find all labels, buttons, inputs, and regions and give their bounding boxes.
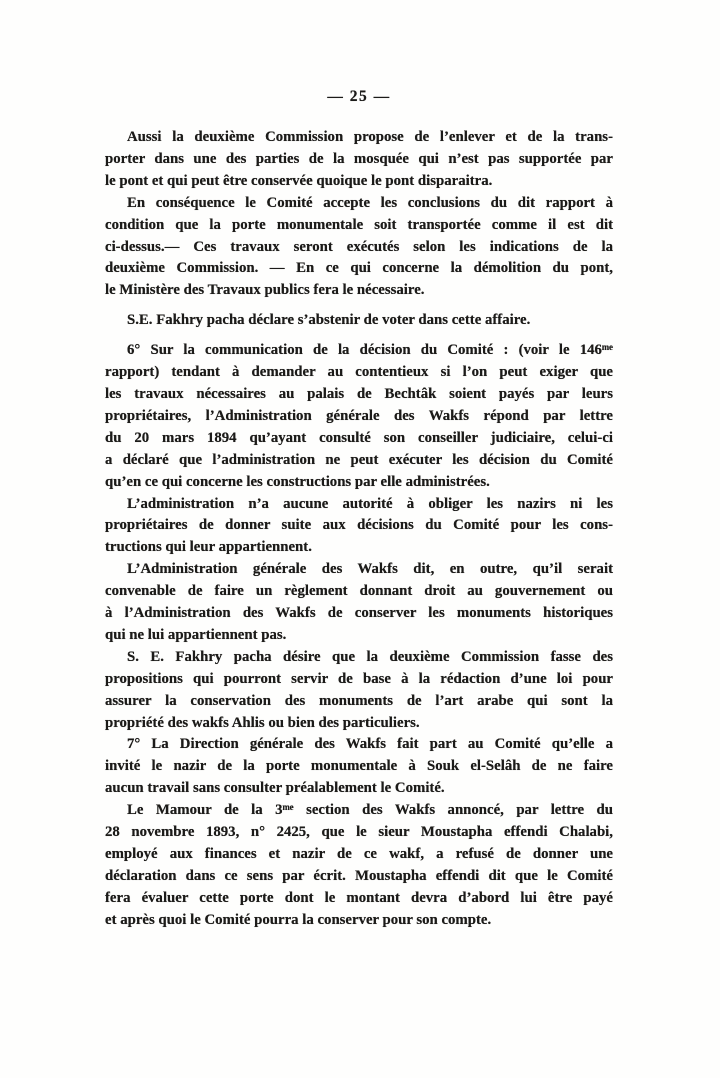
- text-line: propositions qui pourront servir de base…: [105, 669, 613, 691]
- text-line: ci-dessus.— Ces travaux seront exécutés …: [105, 237, 613, 259]
- text-line: les travaux nécessaires au palais de Bec…: [105, 384, 613, 406]
- text-line: qu’en ce qui concerne les constructions …: [105, 472, 613, 494]
- text-line: L’administration n’a aucune autorité à o…: [105, 494, 613, 516]
- text-line: déclaration dans ce sens par écrit. Mous…: [105, 866, 613, 888]
- text-line: Le Mamour de la 3ᵐᵉ section des Wakfs an…: [105, 800, 613, 822]
- paragraph: Le Mamour de la 3ᵐᵉ section des Wakfs an…: [105, 800, 613, 931]
- text-line: fera évaluer cette porte dont le montant…: [105, 888, 613, 910]
- text-line: Aussi la deuxième Commission propose de …: [105, 127, 613, 149]
- text-line: En conséquence le Comité accepte les con…: [105, 193, 613, 215]
- text-line: assurer la conservation des monuments de…: [105, 691, 613, 713]
- text-line: deuxième Commission. — En ce qui concern…: [105, 258, 613, 280]
- text-line: et après quoi le Comité pourra la conser…: [105, 910, 613, 932]
- text-line: aucun travail sans consulter préalableme…: [105, 778, 613, 800]
- paragraph: En conséquence le Comité accepte les con…: [105, 193, 613, 303]
- text-line: a déclaré que l’administration ne peut e…: [105, 450, 613, 472]
- text-line: condition que la porte monumentale soit …: [105, 215, 613, 237]
- text-line: 28 novembre 1893, n° 2425, que le sieur …: [105, 822, 613, 844]
- text-line: porter dans une des parties de la mosqué…: [105, 149, 613, 171]
- paragraph: L’administration n’a aucune autorité à o…: [105, 494, 613, 560]
- paragraph: 7° La Direction générale des Wakfs fait …: [105, 734, 613, 800]
- text-line: à l’Administration des Wakfs de conserve…: [105, 603, 613, 625]
- text-line: du 20 mars 1894 qu’ayant consulté son co…: [105, 428, 613, 450]
- text-line: rapport) tendant à demander au contentie…: [105, 362, 613, 384]
- text-line: S. E. Fakhry pacha désire que la deuxièm…: [105, 647, 613, 669]
- paragraph: S. E. Fakhry pacha désire que la deuxièm…: [105, 647, 613, 735]
- text-line: propriété des wakfs Ahlis ou bien des pa…: [105, 713, 613, 735]
- text-line: le pont et qui peut être conservée quoiq…: [105, 171, 613, 193]
- text-line: L’Administration générale des Wakfs dit,…: [105, 559, 613, 581]
- paragraph: L’Administration générale des Wakfs dit,…: [105, 559, 613, 647]
- text-line: 7° La Direction générale des Wakfs fait …: [105, 734, 613, 756]
- page-number: — 25 —: [105, 88, 613, 106]
- paragraph: S.E. Fakhry pacha déclare s’abstenir de …: [105, 310, 613, 332]
- text-line: tructions qui leur appartiennent.: [105, 537, 613, 559]
- text-line: le Ministère des Travaux publics fera le…: [105, 280, 613, 302]
- text-line: convenable de faire un règlement donnant…: [105, 581, 613, 603]
- text-line: propriétaires, l’Administration générale…: [105, 406, 613, 428]
- paragraph: 6° Sur la communication de la décision d…: [105, 340, 613, 493]
- text-line: qui ne lui appartiennent pas.: [105, 625, 613, 647]
- text-line: invité le nazir de la porte monumentale …: [105, 756, 613, 778]
- scanned-document-page: — 25 — Aussi la deuxième Commission prop…: [0, 0, 720, 1078]
- text-line: employé aux finances et nazir de ce wakf…: [105, 844, 613, 866]
- text-line: S.E. Fakhry pacha déclare s’abstenir de …: [105, 310, 613, 332]
- text-block: Aussi la deuxième Commission propose de …: [105, 127, 613, 932]
- text-line: propriétaires de donner suite aux décisi…: [105, 515, 613, 537]
- paragraph: Aussi la deuxième Commission propose de …: [105, 127, 613, 193]
- text-line: 6° Sur la communication de la décision d…: [105, 340, 613, 362]
